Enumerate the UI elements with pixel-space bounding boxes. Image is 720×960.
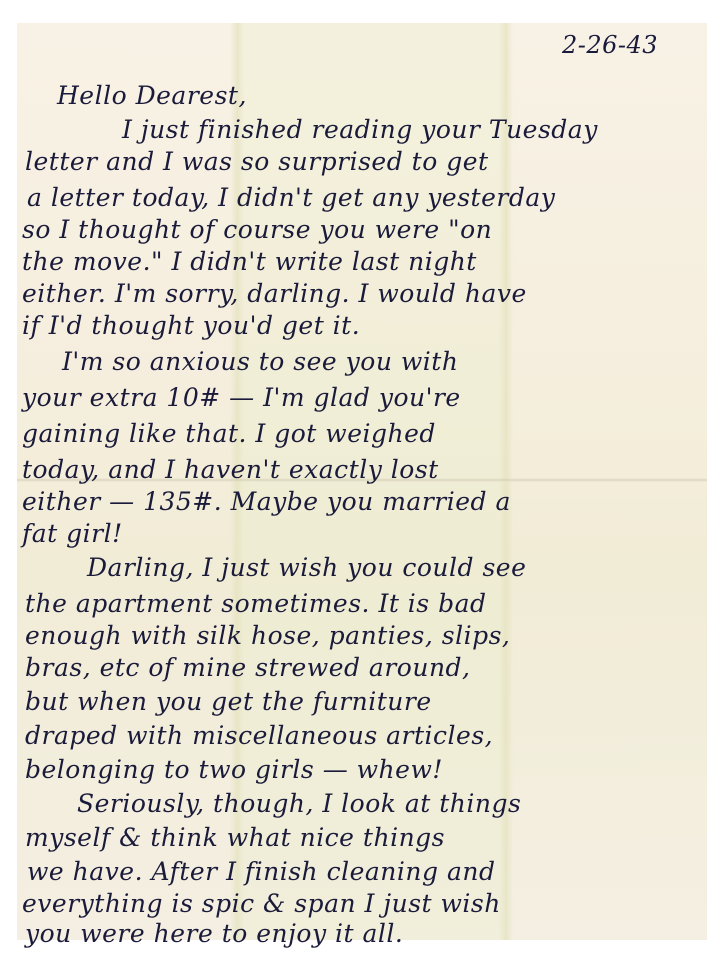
letter-line: the apartment sometimes. It is bad xyxy=(25,589,487,618)
letter-page: 2-26-43 Hello Dearest, I just finished r… xyxy=(17,23,707,940)
letter-line: enough with silk hose, panties, slips, xyxy=(25,621,510,650)
letter-line: gaining like that. I got weighed xyxy=(22,419,436,448)
letter-line: Seriously, though, I look at things xyxy=(77,789,521,818)
letter-line: we have. After I finish cleaning and xyxy=(27,857,495,886)
letter-line: I just finished reading your Tuesday xyxy=(122,115,598,144)
letter-line: your extra 10# — I'm glad you're xyxy=(22,383,461,412)
letter-line: fat girl! xyxy=(22,519,123,548)
letter-date: 2-26-43 xyxy=(562,31,658,59)
salutation: Hello Dearest, xyxy=(57,81,247,110)
letter-line: today, and I haven't exactly lost xyxy=(22,455,439,484)
letter-line: if I'd thought you'd get it. xyxy=(22,311,360,340)
letter-line: draped with miscellaneous articles, xyxy=(25,721,493,750)
letter-line: a letter today, I didn't get any yesterd… xyxy=(27,183,555,212)
letter-line: bras, etc of mine strewed around, xyxy=(25,653,471,682)
letter-line: Darling, I just wish you could see xyxy=(87,553,526,582)
letter-line: the move." I didn't write last night xyxy=(22,247,477,276)
letter-line: I'm so anxious to see you with xyxy=(62,347,458,376)
letter-line: but when you get the furniture xyxy=(25,687,432,716)
letter-line: belonging to two girls — whew! xyxy=(25,755,443,784)
letter-line: either — 135#. Maybe you married a xyxy=(22,487,511,516)
letter-line: you were here to enjoy it all. xyxy=(25,919,403,948)
letter-line: so I thought of course you were "on xyxy=(22,215,492,244)
letter-line: everything is spic & span I just wish xyxy=(22,889,501,918)
letter-line: either. I'm sorry, darling. I would have xyxy=(22,279,527,308)
letter-line: myself & think what nice things xyxy=(25,823,445,852)
letter-line: letter and I was so surprised to get xyxy=(25,147,489,176)
